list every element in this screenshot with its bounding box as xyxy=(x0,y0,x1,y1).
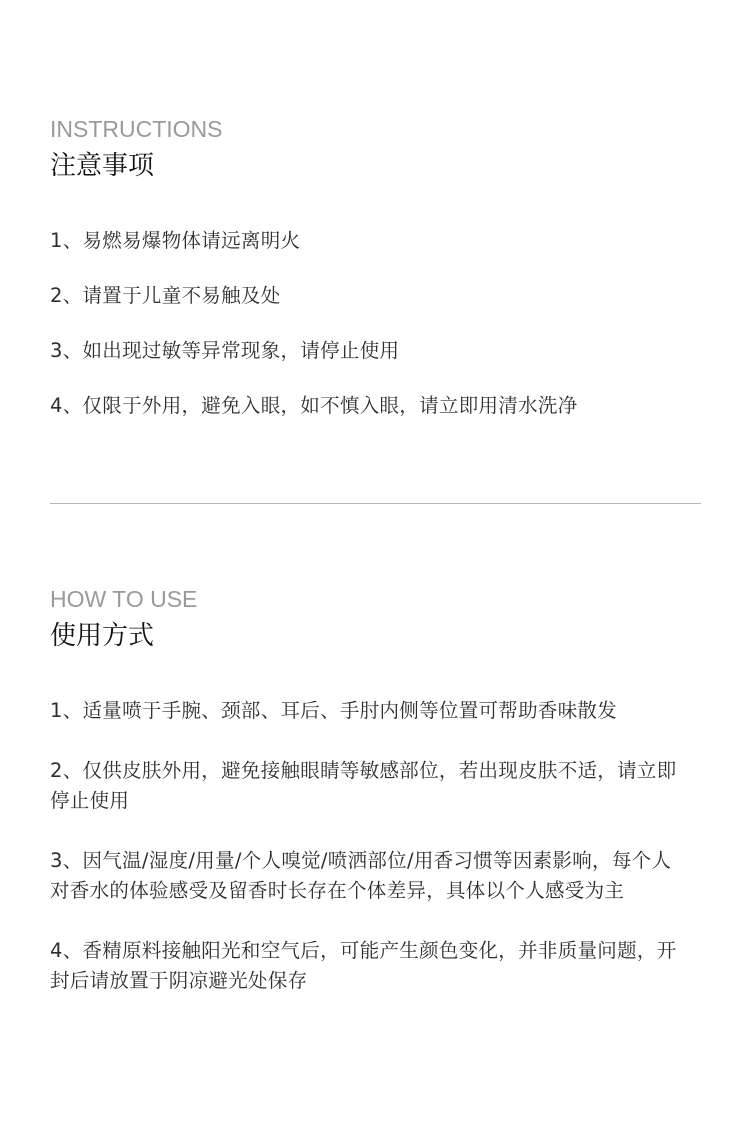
instructions-list: 1、易燃易爆物体请远离明火 2、请置于儿童不易触及处 3、如出现过敏等异常现象，… xyxy=(50,226,700,421)
how-to-use-section: HOW TO USE 使用方式 1、适量喷于手腕、颈部、耳后、手肘内侧等位置可帮… xyxy=(50,586,700,1026)
section-eyebrow: HOW TO USE xyxy=(50,586,700,612)
list-item: 3、如出现过敏等异常现象，请停止使用 xyxy=(50,336,700,366)
list-item: 1、易燃易爆物体请远离明火 xyxy=(50,226,700,256)
section-title: 注意事项 xyxy=(50,150,700,182)
section-eyebrow: INSTRUCTIONS xyxy=(50,116,700,142)
list-item: 2、请置于儿童不易触及处 xyxy=(50,281,700,311)
list-item: 1、适量喷于手腕、颈部、耳后、手肘内侧等位置可帮助香味散发 xyxy=(50,696,680,726)
how-to-use-list: 1、适量喷于手腕、颈部、耳后、手肘内侧等位置可帮助香味散发 2、仅供皮肤外用，避… xyxy=(50,696,700,996)
list-item: 2、仅供皮肤外用，避免接触眼睛等敏感部位，若出现皮肤不适，请立即停止使用 xyxy=(50,756,680,816)
instructions-section: INSTRUCTIONS 注意事项 1、易燃易爆物体请远离明火 2、请置于儿童不… xyxy=(50,116,700,446)
section-title: 使用方式 xyxy=(50,620,700,652)
list-item: 4、仅限于外用，避免入眼，如不慎入眼，请立即用清水洗净 xyxy=(50,391,700,421)
list-item: 4、香精原料接触阳光和空气后，可能产生颜色变化，并非质量问题，开封后请放置于阴凉… xyxy=(50,936,680,996)
section-divider xyxy=(50,503,701,504)
list-item: 3、因气温/湿度/用量/个人嗅觉/喷洒部位/用香习惯等因素影响，每个人对香水的体… xyxy=(50,846,680,906)
